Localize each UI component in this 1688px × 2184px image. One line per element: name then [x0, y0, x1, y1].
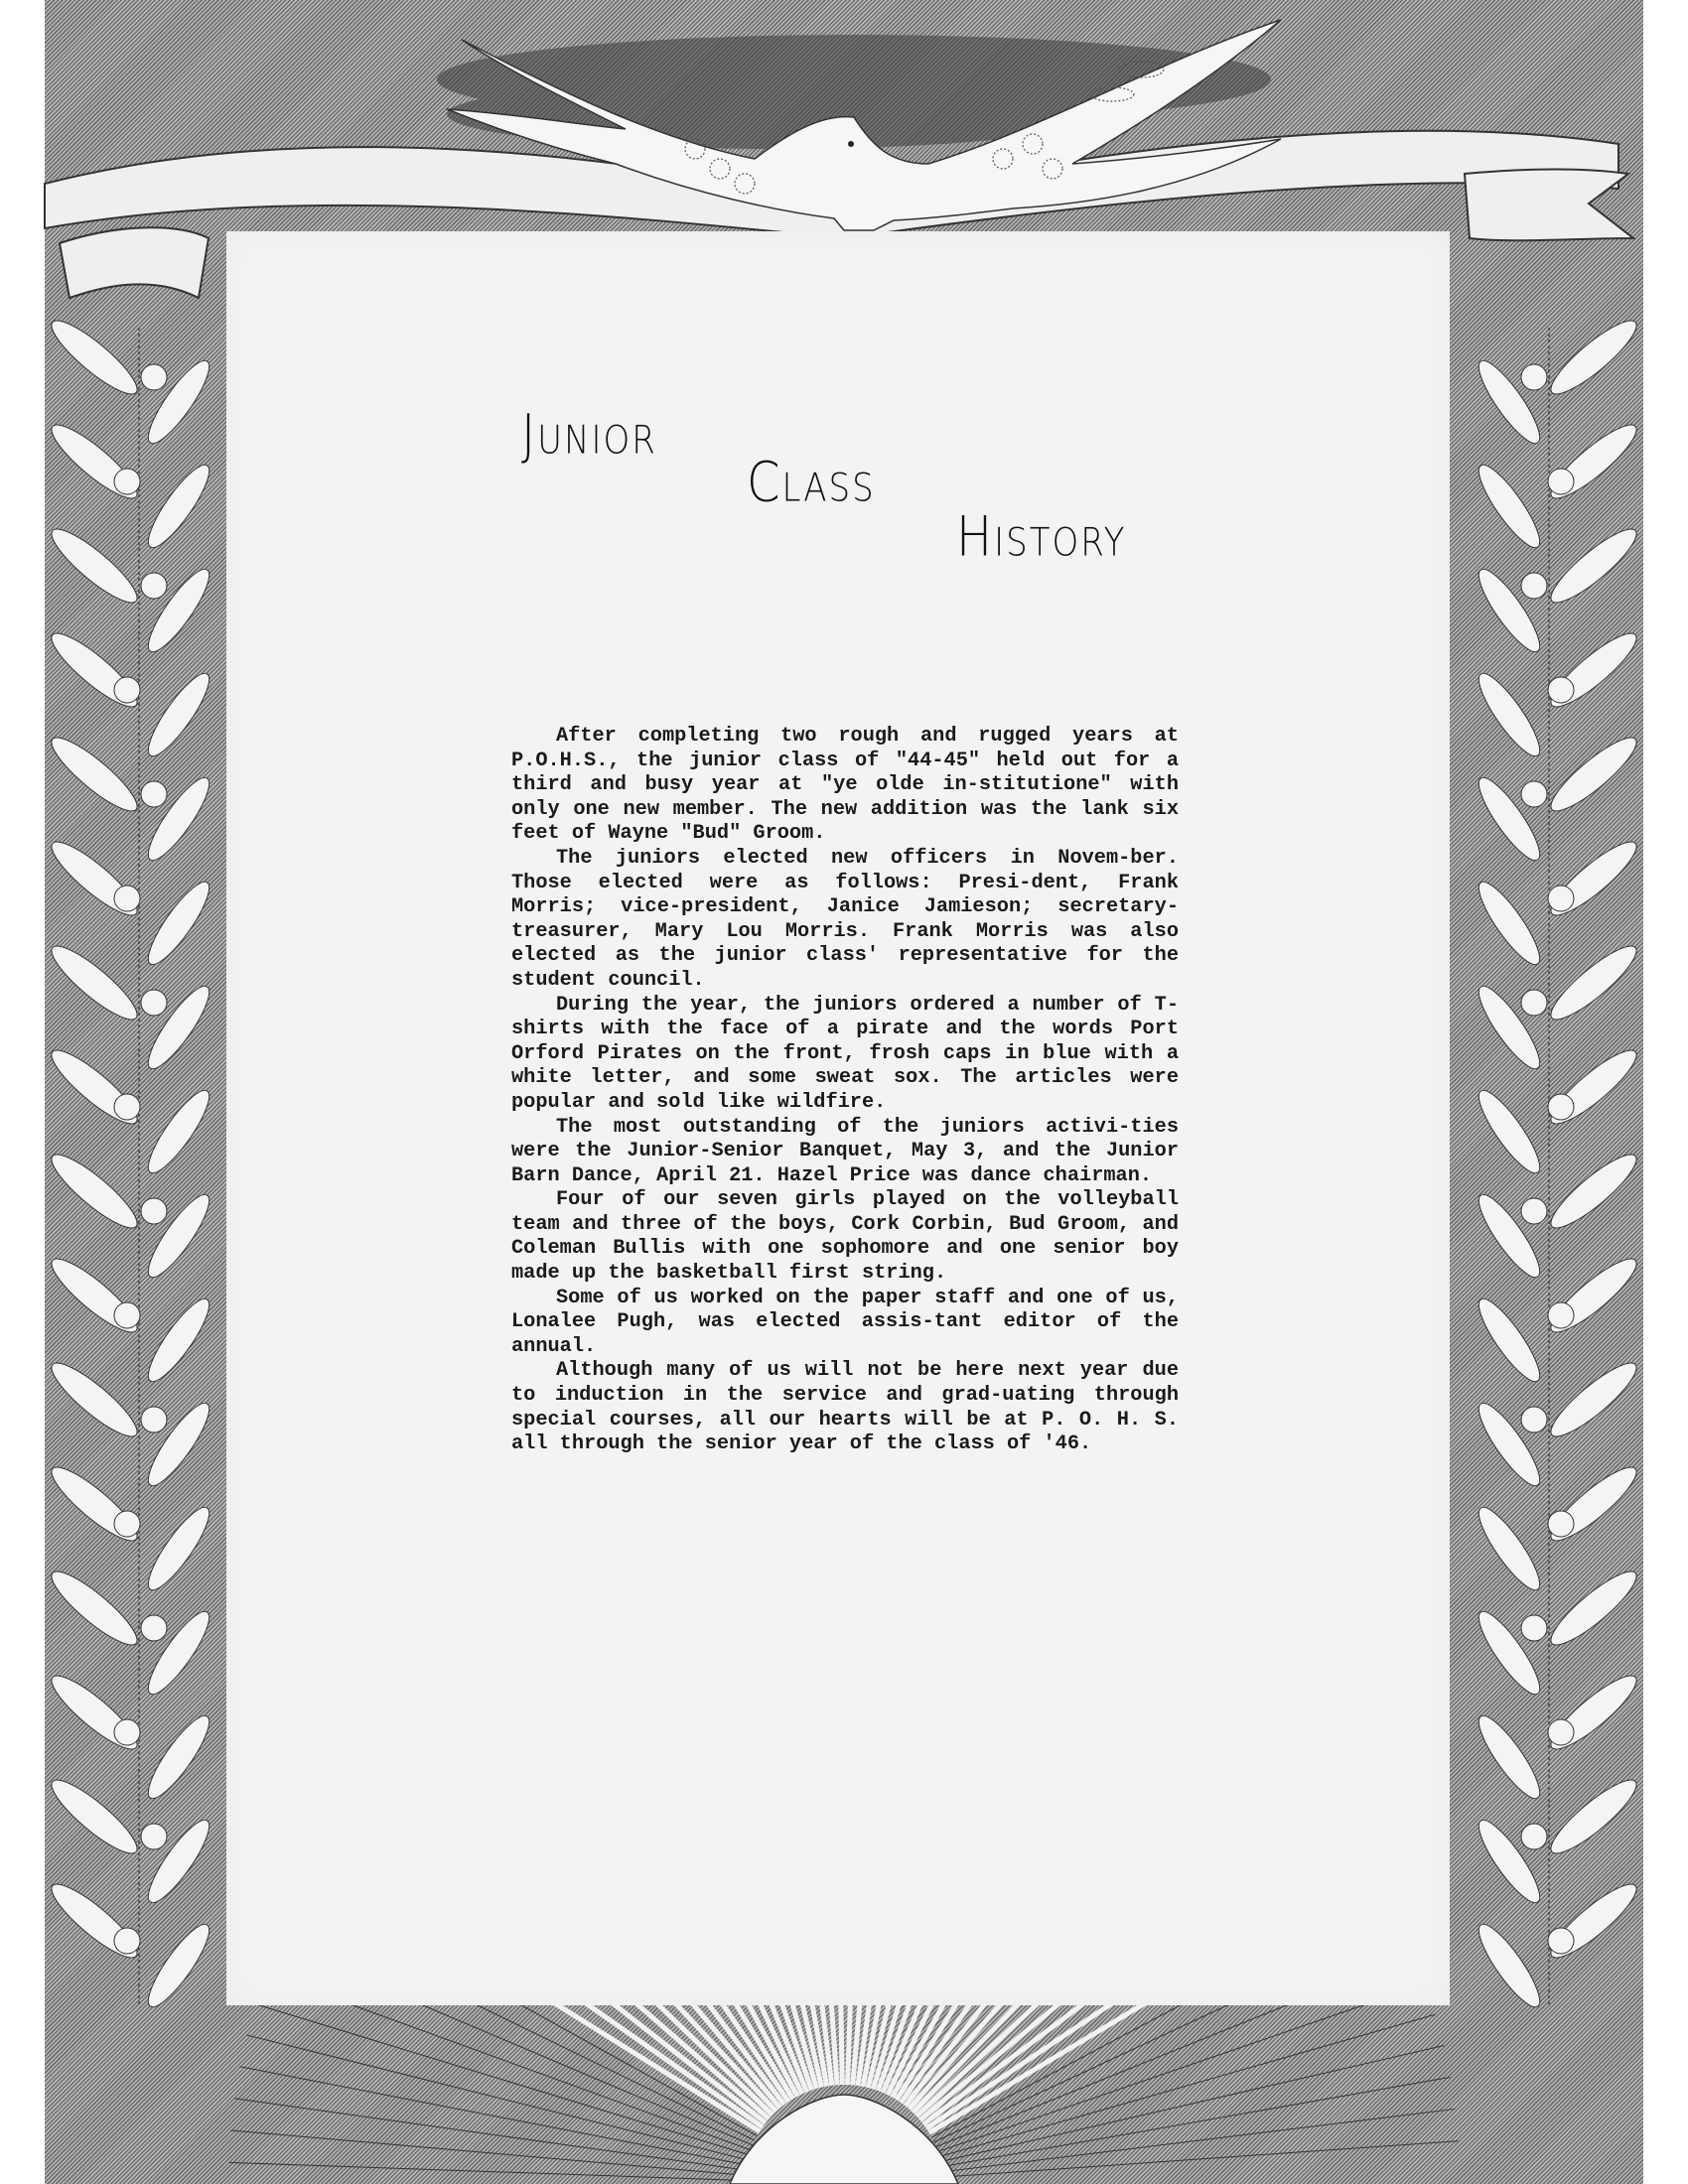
paragraph: Although many of us will not be here nex… — [511, 1359, 1179, 1456]
title-history: History — [956, 505, 1126, 569]
olive-branch-right — [1471, 312, 1644, 2013]
article-body: After completing two rough and rugged ye… — [511, 725, 1179, 1457]
paragraph: The juniors elected new officers in Nove… — [511, 847, 1179, 994]
title-junior: Junior — [521, 403, 657, 467]
paragraph: The most outstanding of the juniors acti… — [511, 1116, 1179, 1189]
paragraph: Some of us worked on the paper staff and… — [511, 1287, 1179, 1360]
paragraph: Four of our seven girls played on the vo… — [511, 1188, 1179, 1286]
paragraph: After completing two rough and rugged ye… — [511, 725, 1179, 847]
title-class: Class — [747, 451, 876, 514]
paragraph: During the year, the juniors ordered a n… — [511, 994, 1179, 1116]
olive-branch-left — [44, 312, 217, 2013]
